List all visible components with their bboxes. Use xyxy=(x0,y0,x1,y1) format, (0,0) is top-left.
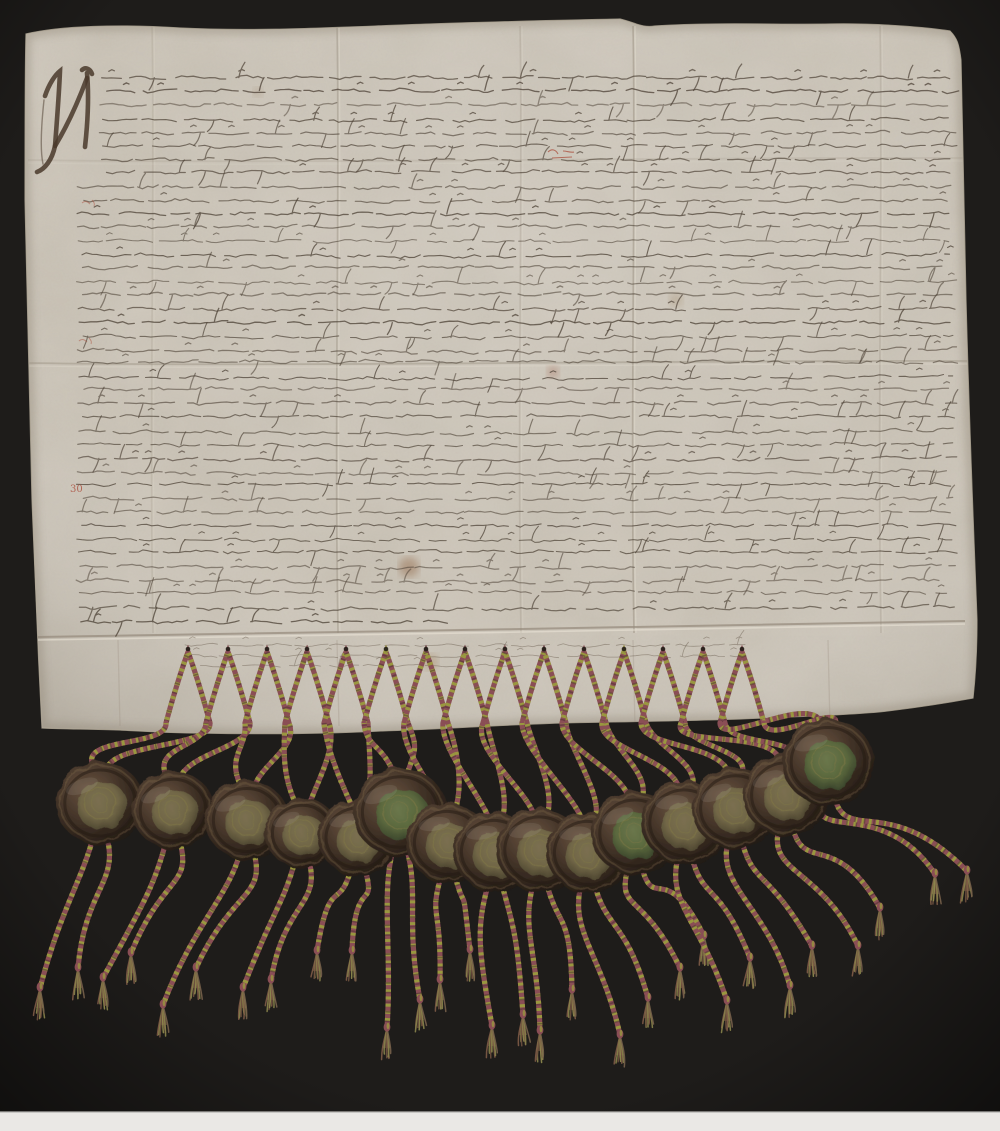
cord-slit-hole xyxy=(661,647,666,652)
margin-number: 30 xyxy=(70,484,83,495)
cord-slit-hole xyxy=(305,647,310,652)
tassel-knot-braid xyxy=(523,1010,526,1016)
tassel-knot-braid xyxy=(812,941,815,947)
cord-slit-hole xyxy=(582,647,587,652)
tassel-knot-braid xyxy=(196,963,199,969)
tassel-knot-braid xyxy=(858,941,861,947)
cord-slit-hole xyxy=(701,647,706,652)
tassel-knot-braid xyxy=(243,983,246,989)
photo-bottom-strip xyxy=(0,1112,1000,1131)
tassel-knot-braid xyxy=(967,866,970,872)
cord-slit-hole xyxy=(344,647,349,652)
tassel-knot-braid xyxy=(440,975,443,981)
cord-tassel xyxy=(466,944,474,981)
tassel-knot-braid xyxy=(103,973,106,979)
tassel-knot-braid xyxy=(540,1026,543,1032)
tassel-knot-braid xyxy=(620,1030,623,1036)
tassel-knot-braid xyxy=(790,981,793,987)
tassel-knot-braid xyxy=(131,948,134,954)
cord-slit-hole xyxy=(384,647,389,652)
tassel-knot-braid xyxy=(492,1021,495,1027)
charter-photograph: 30 xyxy=(0,0,1000,1131)
tassel-knot-braid xyxy=(163,1000,166,1006)
tassel-knot-braid xyxy=(727,996,730,1002)
tassel-knot-braid xyxy=(470,945,473,951)
cord-slit-hole xyxy=(740,647,745,652)
tassel-knot-braid xyxy=(40,983,43,989)
cord-slit-hole xyxy=(622,647,627,652)
tassel-knot-braid xyxy=(572,985,575,991)
cord-tassel xyxy=(875,902,884,939)
cord-slit-hole xyxy=(542,647,547,652)
tassel-knot-braid xyxy=(935,869,938,875)
tassel-knot-braid xyxy=(317,946,320,952)
cord-slit-hole xyxy=(503,647,508,652)
tassel-knot-braid xyxy=(750,953,753,959)
charter-scene: 30 xyxy=(0,0,1000,1131)
stain xyxy=(547,366,559,378)
cord-slit-hole xyxy=(424,647,429,652)
tassel-knot-braid xyxy=(78,963,81,969)
stain xyxy=(669,293,683,307)
tassel-knot-braid xyxy=(420,995,423,1001)
cord-slit-hole xyxy=(463,647,468,652)
tassel-knot-braid xyxy=(387,1023,390,1029)
tassel-knot-braid xyxy=(880,903,883,909)
tassel-knot-braid xyxy=(648,993,651,999)
cord-slit-hole xyxy=(226,647,231,652)
tassel-knot-braid xyxy=(704,931,707,937)
tassel-knot-braid xyxy=(271,975,274,981)
tassel-knot-braid xyxy=(352,946,355,952)
tassel-knot-braid xyxy=(680,963,683,969)
cord-slit-hole xyxy=(186,647,191,652)
cord-slit-hole xyxy=(265,647,270,652)
